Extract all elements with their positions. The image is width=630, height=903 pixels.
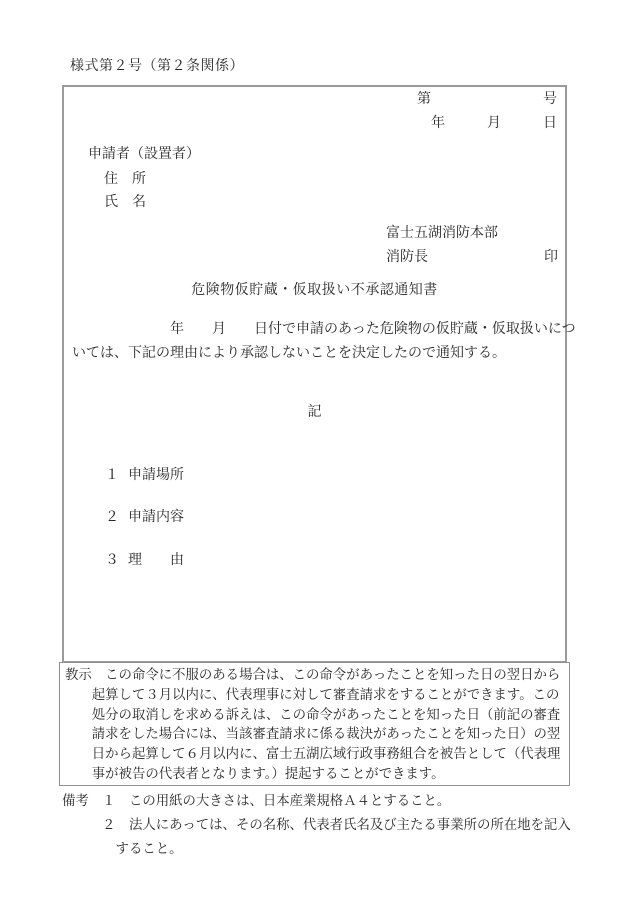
appeal-line: 事が被告の代表者となります。）提起することができます。 — [65, 764, 564, 784]
applicant-address-label: 住 所 — [104, 170, 146, 190]
appeal-line: 請求をした場合には、当該審査請求に係る裁決があったことを知った日）の翌 — [65, 724, 564, 744]
document-title: 危険物仮貯蔵・仮取扱い不承認通知書 — [64, 281, 565, 301]
issuer-title: 消防長 — [386, 248, 428, 268]
remarks-line: ２ 法人にあっては、その名称、代表者氏名及び主たる事業所の所在地を記入 — [62, 813, 571, 837]
ki-separator: 記 — [64, 403, 565, 423]
appeal-instruction-box: 教示 この命令に不服のある場合は、この命令があったことを知った日の翌日から 起算… — [59, 662, 570, 786]
item-number: ２ — [105, 508, 119, 528]
body-line-1: 年 月 日付で申請のあった危険物の仮貯蔵・仮取扱いにつ — [72, 318, 559, 342]
remarks-line: すること。 — [62, 837, 571, 861]
item-number: ３ — [105, 551, 119, 571]
appeal-line: 処分の取消しを求める訴えは、この命令があったことを知った日（前記の審査 — [65, 705, 564, 725]
applicant-label: 申請者（設置者） — [88, 145, 200, 165]
form-number-label: 様式第２号（第２条関係） — [70, 57, 244, 77]
appeal-line: 起算して３月以内に、代表理事に対して審査請求をすることができます。この — [65, 685, 564, 705]
seal-mark: 印 — [544, 248, 558, 268]
appeal-line: 教示 この命令に不服のある場合は、この命令があったことを知った日の翌日から — [65, 665, 564, 685]
item-number: １ — [105, 466, 119, 486]
item-label: 申請内容 — [128, 510, 184, 525]
body-paragraph: 年 月 日付で申請のあった危険物の仮貯蔵・仮取扱いにつ いては、下記の理由により… — [72, 318, 559, 366]
item-label: 理 由 — [128, 553, 184, 568]
applicant-name-label: 氏 名 — [104, 193, 146, 213]
appeal-line: 日から起算して６月以内に、富士五湖広域行政事務組合を被告として（代表理 — [65, 744, 564, 764]
issuer-organization: 富士五湖消防本部 — [386, 224, 498, 244]
item-reason: ３理 由 — [84, 531, 184, 591]
item-label: 申請場所 — [128, 468, 184, 483]
document-page: 様式第２号（第２条関係） 第 号 年 月 日 申請者（設置者） 住 所 氏 名 … — [0, 0, 630, 903]
body-line-2: いては、下記の理由により承認しないことを決定したので通知する。 — [72, 342, 559, 366]
remarks-section: 備考 １ この用紙の大きさは、日本産業規格Ａ４とすること。 ２ 法人にあっては、… — [62, 789, 571, 861]
document-number-line: 第 号 — [417, 90, 557, 110]
main-form-box: 第 号 年 月 日 申請者（設置者） 住 所 氏 名 富士五湖消防本部 消防長 … — [62, 85, 567, 663]
issuer-title-line: 消防長 印 — [386, 248, 558, 268]
document-date-line: 年 月 日 — [431, 114, 557, 134]
remarks-line: 備考 １ この用紙の大きさは、日本産業規格Ａ４とすること。 — [62, 789, 571, 813]
